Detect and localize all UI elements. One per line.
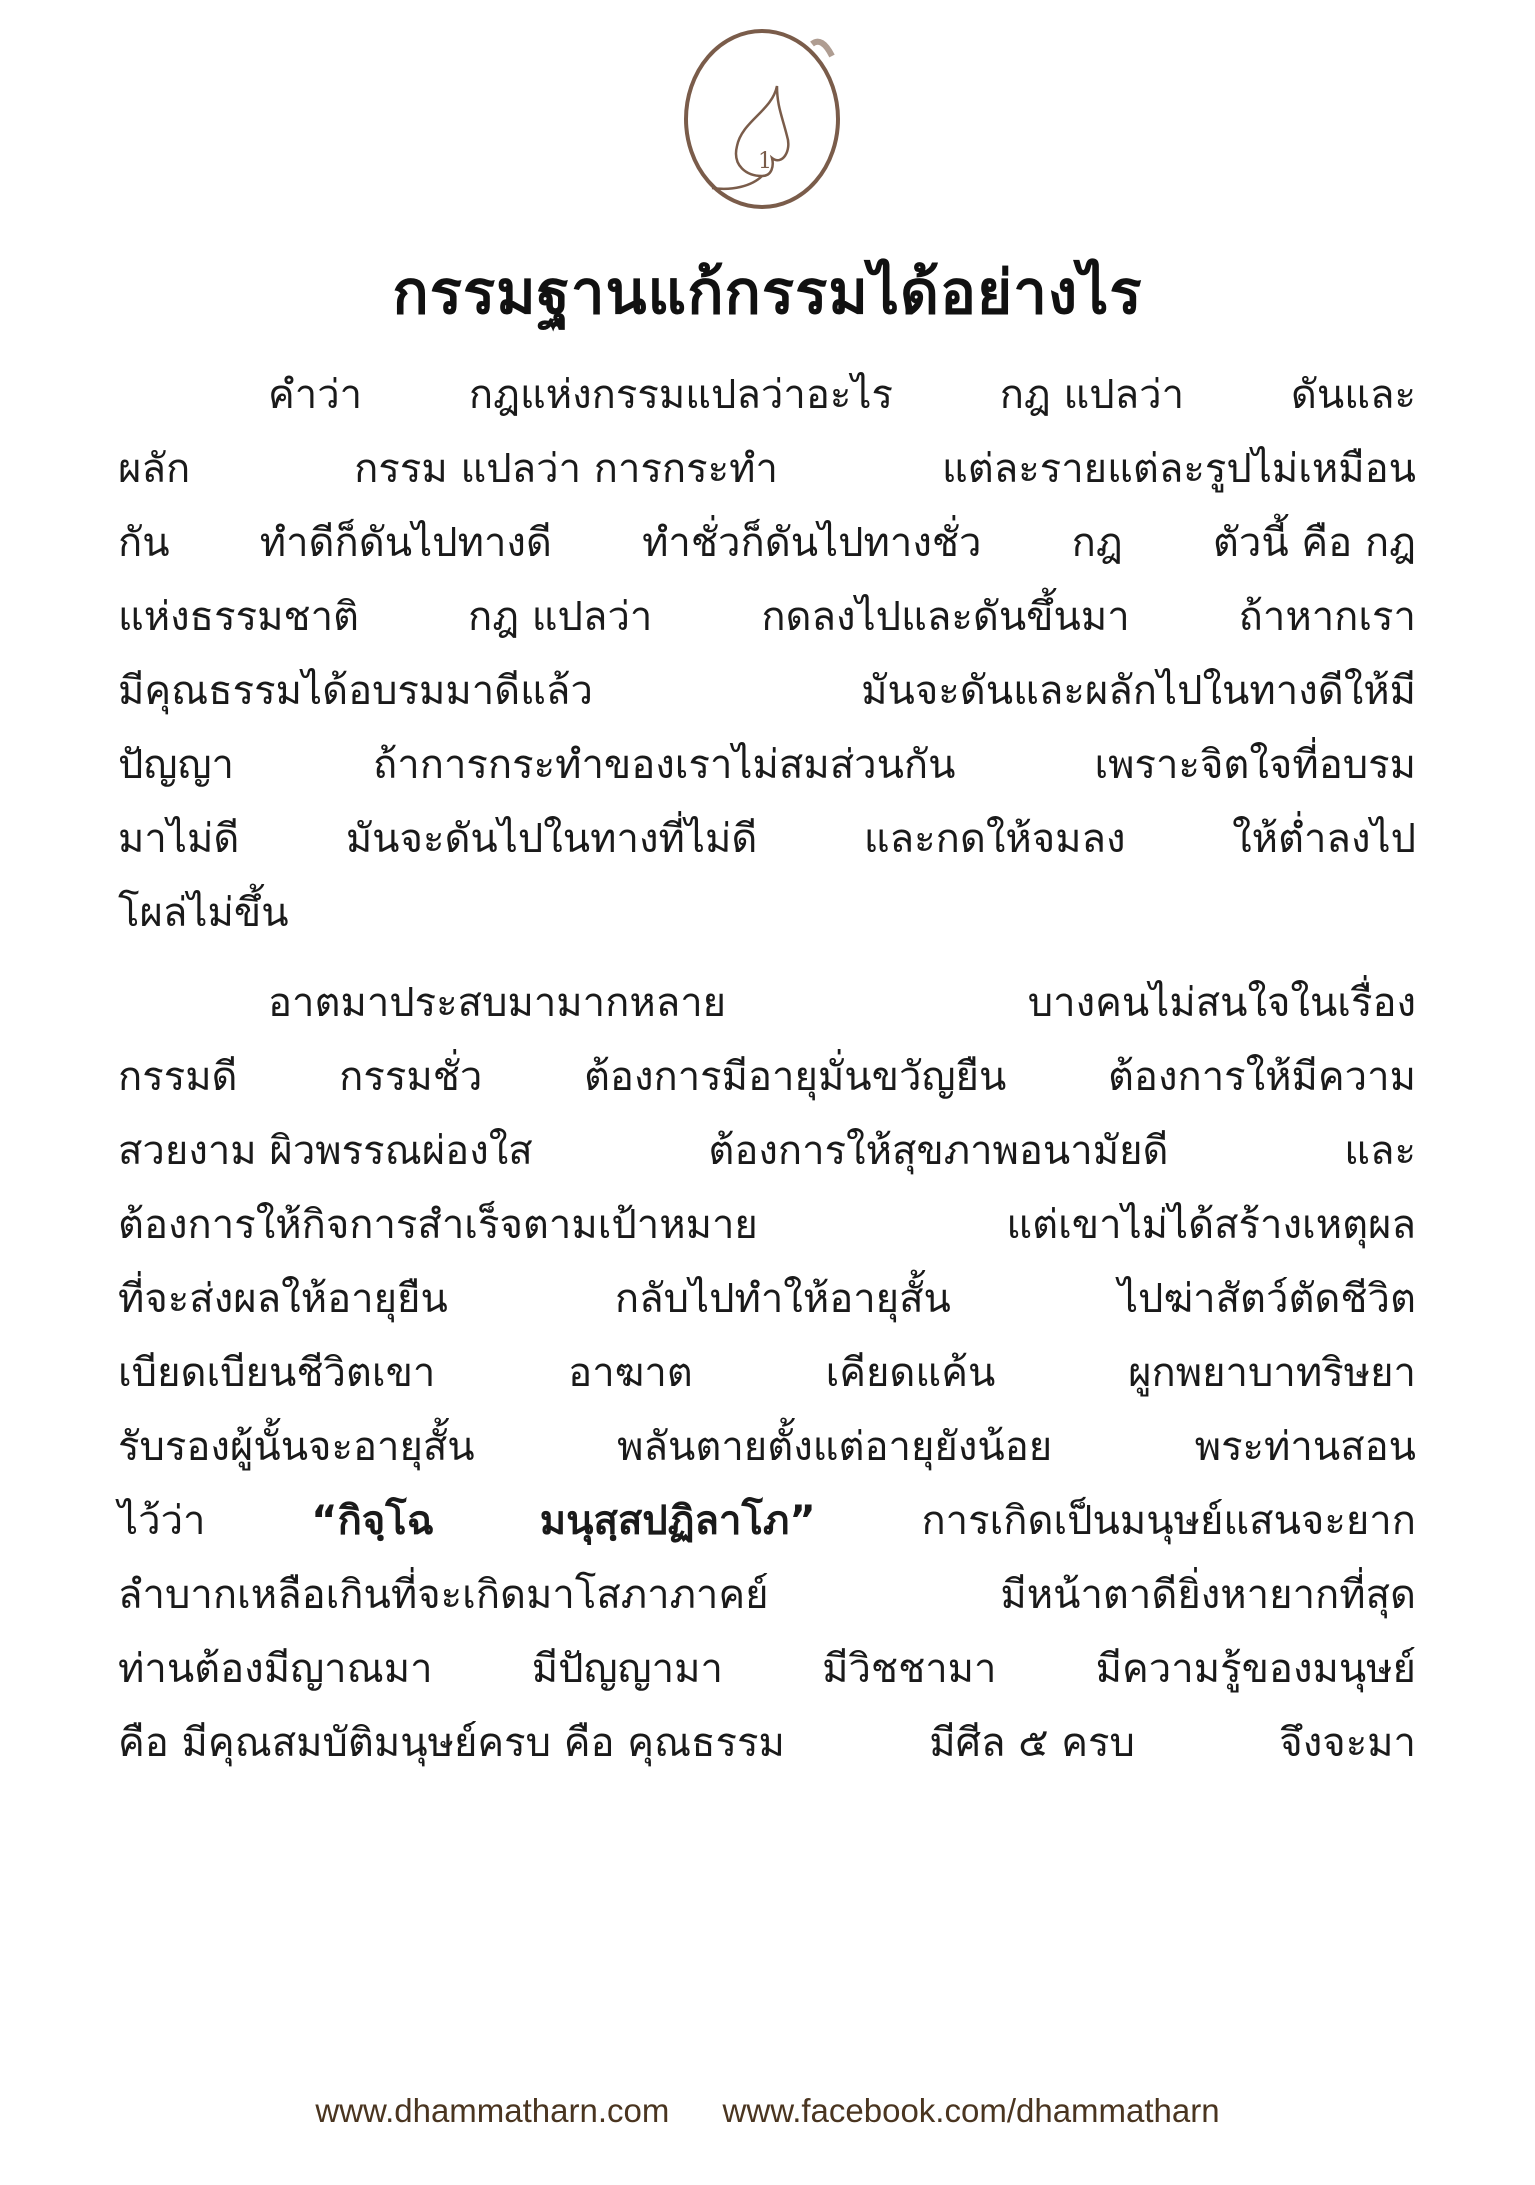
text-line: กัน ทำดีก็ดันไปทางดี ทำชั่วก็ดันไปทางชั่… xyxy=(118,506,1416,580)
text-line: มีคุณธรรมได้อบรมมาดีแล้ว มันจะดันและผลัก… xyxy=(118,654,1416,728)
text-line: ไว้ว่า “กิจฺโฉ มนุสฺสปฏิลาโภ” การเกิดเป็… xyxy=(118,1484,1416,1558)
text-line: มาไม่ดี มันจะดันไปในทางที่ไม่ดี และกดให้… xyxy=(118,802,1416,876)
text-line: คือ มีคุณสมบัติมนุษย์ครบ คือ คุณธรรม มีศ… xyxy=(118,1706,1416,1780)
facebook-link[interactable]: www.facebook.com/dhammatharn xyxy=(723,2092,1220,2130)
text-line: สวยงาม ผิวพรรณผ่องใส ต้องการให้สุขภาพอนา… xyxy=(118,1114,1416,1188)
paragraph: คำว่า กฎแห่งกรรมแปลว่าอะไร กฎ แปลว่า ดัน… xyxy=(118,358,1416,950)
paragraph-gap xyxy=(118,950,1416,966)
text-line: ผลัก กรรม แปลว่า การกระทำ แต่ละรายแต่ละร… xyxy=(118,432,1416,506)
text-line: ที่จะส่งผลให้อายุยืน กลับไปทำให้อายุสั้น… xyxy=(118,1262,1416,1336)
text-line: ปัญญา ถ้าการกระทำของเราไม่สมส่วนกัน เพรา… xyxy=(118,728,1416,802)
text-line: ลำบากเหลือเกินที่จะเกิดมาโสภาภาคย์ มีหน้… xyxy=(118,1558,1416,1632)
page-title: กรรมฐานแก้กรรมได้อย่างไร xyxy=(0,248,1535,338)
bodhi-leaf-logo-icon: 1 xyxy=(662,26,862,212)
footer: www.dhammatharn.com www.facebook.com/dha… xyxy=(0,2092,1535,2130)
text-line: คำว่า กฎแห่งกรรมแปลว่าอะไร กฎ แปลว่า ดัน… xyxy=(118,358,1416,432)
pali-quote-end: มนุสฺสปฏิลาโภ” xyxy=(540,1484,816,1558)
text-line: แห่งธรรมชาติ กฎ แปลว่า กดลงไปและดันขึ้นม… xyxy=(118,580,1416,654)
body-text: คำว่า กฎแห่งกรรมแปลว่าอะไร กฎ แปลว่า ดัน… xyxy=(118,358,1416,1780)
text-line: รับรองผู้นั้นจะอายุสั้น พลันตายตั้งแต่อา… xyxy=(118,1410,1416,1484)
text-line: อาตมาประสบมามากหลาย บางคนไม่สนใจในเรื่อง xyxy=(118,966,1416,1040)
website-link[interactable]: www.dhammatharn.com xyxy=(315,2092,669,2130)
text-line: กรรมดี กรรมชั่ว ต้องการมีอายุมั่นขวัญยืน… xyxy=(118,1040,1416,1114)
text-line: ต้องการให้กิจการสำเร็จตามเป้าหมาย แต่เขา… xyxy=(118,1188,1416,1262)
svg-text:1: 1 xyxy=(758,149,772,174)
pali-quote-start: “กิจฺโฉ xyxy=(311,1484,434,1558)
text-line: ท่านต้องมีญาณมา มีปัญญามา มีวิชชามา มีคว… xyxy=(118,1632,1416,1706)
text-line: โผล่ไม่ขึ้น xyxy=(118,876,1416,950)
paragraph: อาตมาประสบมามากหลาย บางคนไม่สนใจในเรื่อง… xyxy=(118,966,1416,1780)
text-line: เบียดเบียนชีวิตเขา อาฆาต เคียดแค้น ผูกพย… xyxy=(118,1336,1416,1410)
document-page: 1 กรรมฐานแก้กรรมได้อย่างไร คำว่า กฎแห่งก… xyxy=(0,0,1535,2185)
